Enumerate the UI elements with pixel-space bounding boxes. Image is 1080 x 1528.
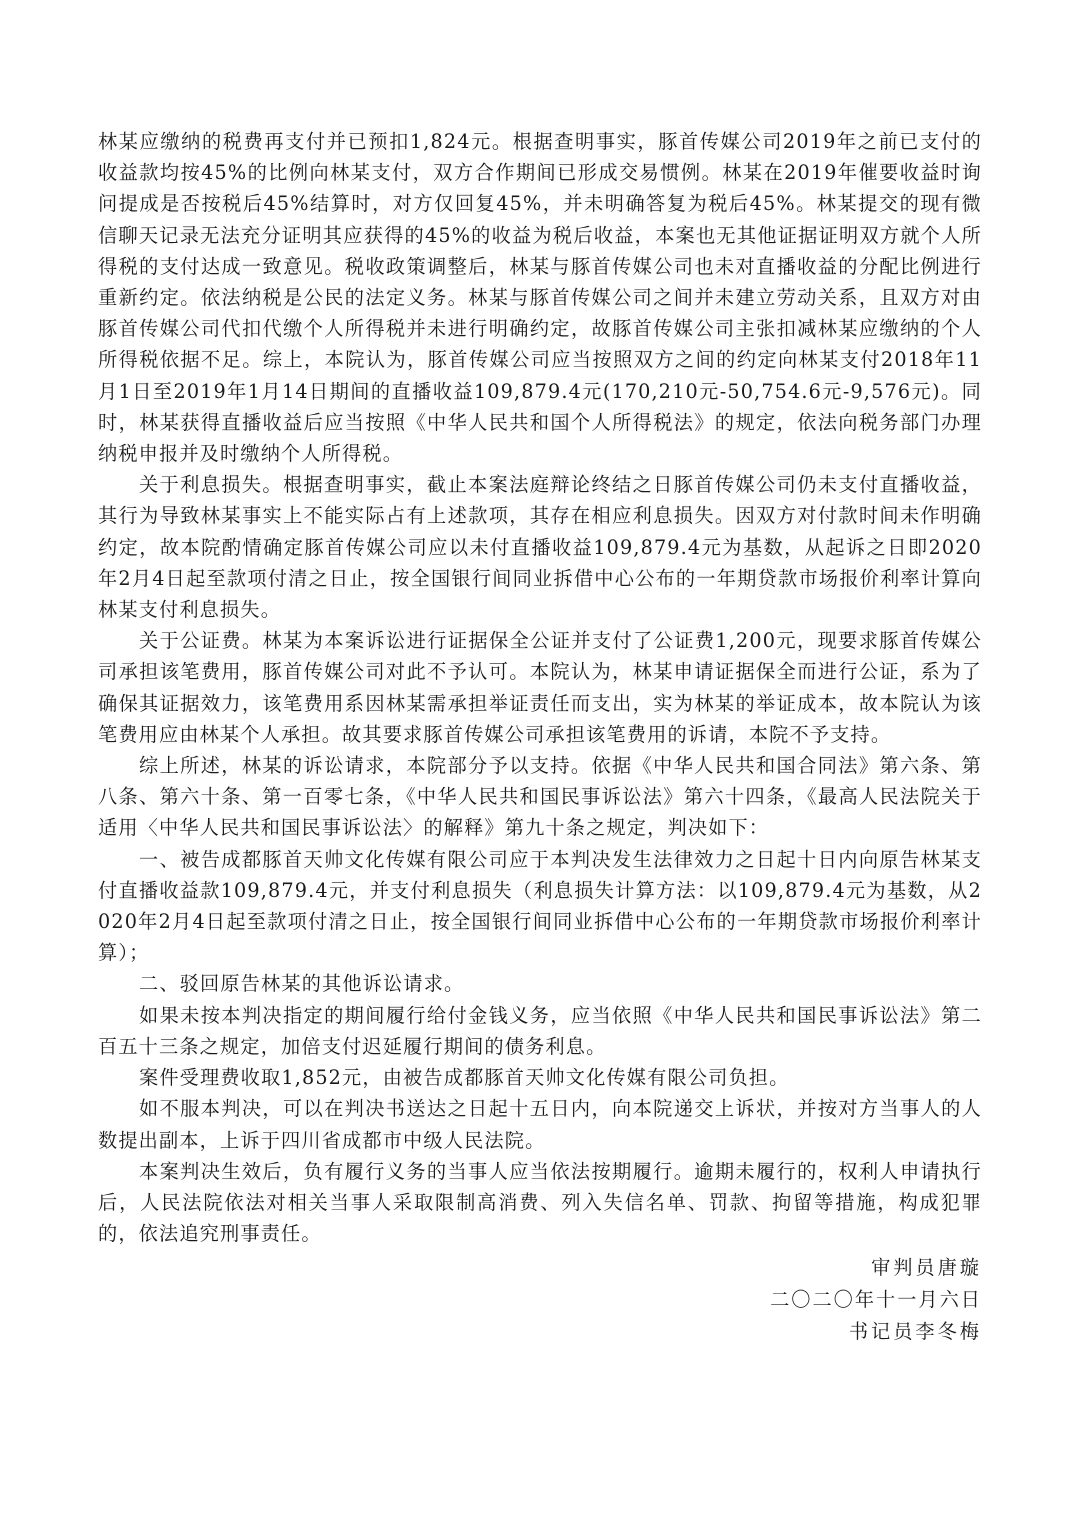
paragraph-ruling-item-1: 一、被告成都豚首天帅文化传媒有限公司应于本判决发生法律效力之日起十日内向原告林某… [98, 844, 982, 969]
paragraph-notary-fee: 关于公证费。林某为本案诉讼进行证据保全公证并支付了公证费1,200元，现要求豚首… [98, 625, 982, 750]
paragraph-legal-basis: 综上所述，林某的诉讼请求，本院部分予以支持。依据《中华人民共和国合同法》第六条、… [98, 750, 982, 844]
judgment-body: 林某应缴纳的税费再支付并已预扣1,824元。根据查明事实，豚首传媒公司2019年… [98, 126, 982, 1249]
signature-date: 二〇二〇年十一月六日 [770, 1284, 982, 1315]
paragraph-ruling-item-2: 二、驳回原告林某的其他诉讼请求。 [98, 968, 982, 999]
signature-judge: 审判员唐璇 [871, 1252, 982, 1283]
paragraph-late-payment: 如果未按本判决指定的期间履行给付金钱义务，应当依照《中华人民共和国民事诉讼法》第… [98, 1000, 982, 1062]
paragraph-case-fee: 案件受理费收取1,852元，由被告成都豚首天帅文化传媒有限公司负担。 [98, 1062, 982, 1093]
paragraph-tax-reasoning: 林某应缴纳的税费再支付并已预扣1,824元。根据查明事实，豚首传媒公司2019年… [98, 126, 982, 469]
paragraph-enforcement: 本案判决生效后，负有履行义务的当事人应当依法按期履行。逾期未履行的，权利人申请执… [98, 1156, 982, 1250]
paragraph-appeal-notice: 如不服本判决，可以在判决书送达之日起十五日内，向本院递交上诉状，并按对方当事人的… [98, 1093, 982, 1155]
paragraph-interest-loss: 关于利息损失。根据查明事实，截止本案法庭辩论终结之日豚首传媒公司仍未支付直播收益… [98, 469, 982, 625]
signature-clerk: 书记员李冬梅 [849, 1316, 982, 1347]
